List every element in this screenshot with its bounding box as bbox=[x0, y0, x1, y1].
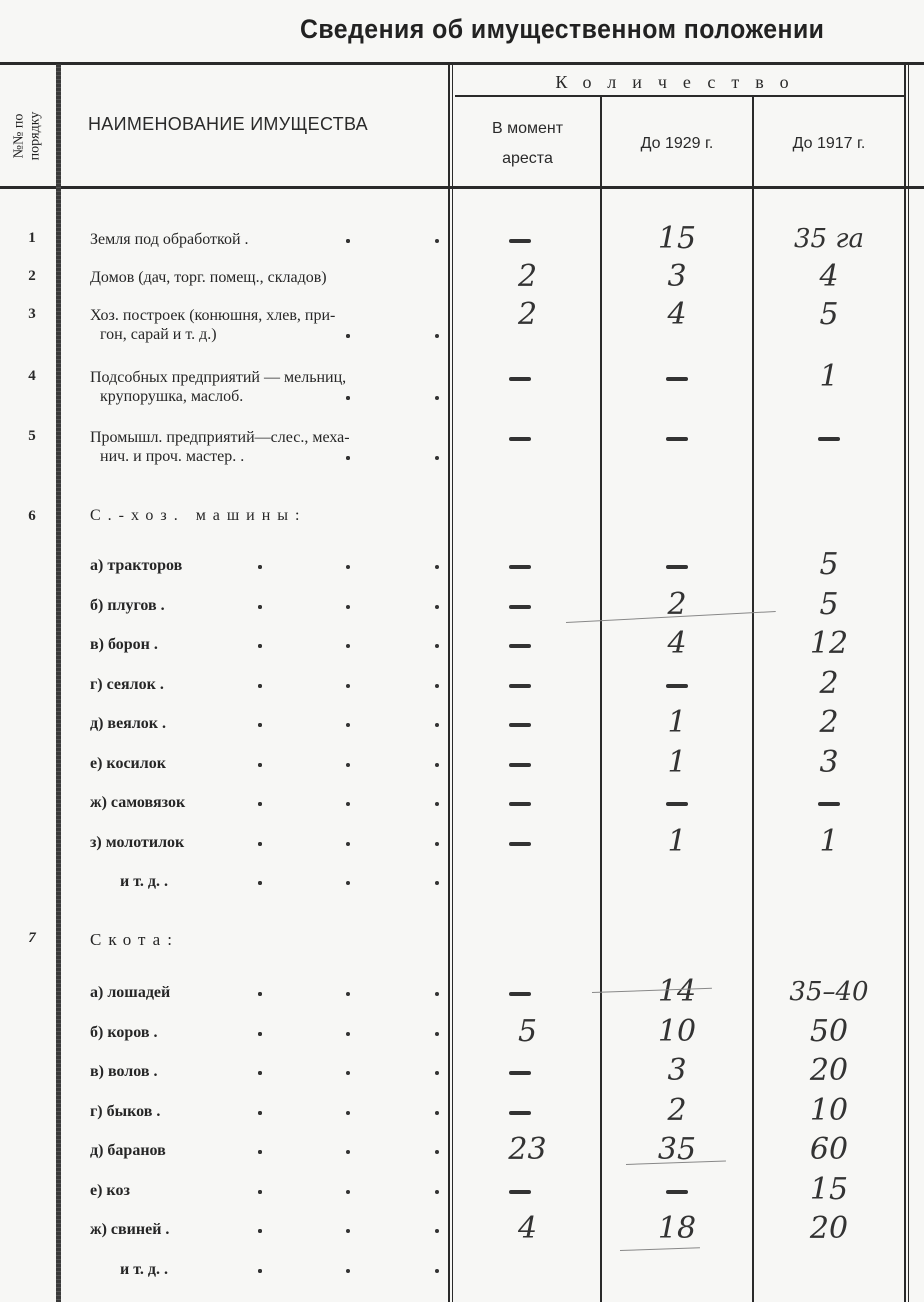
value-before-1929: 10 bbox=[602, 1017, 752, 1047]
value-before-1917: 5 bbox=[754, 590, 904, 620]
leader-dot bbox=[346, 881, 350, 885]
value-at-arrest-dash bbox=[509, 1190, 531, 1194]
value-before-1929-dash bbox=[666, 437, 688, 441]
leader-dots bbox=[90, 1141, 440, 1160]
row-number: 7 bbox=[22, 930, 42, 947]
leader-dot bbox=[435, 992, 439, 996]
leader-dots bbox=[90, 635, 440, 654]
pencil-underline bbox=[620, 1247, 700, 1251]
leader-dots bbox=[90, 714, 440, 733]
leader-dots bbox=[90, 230, 440, 249]
value-before-1917: 15 bbox=[754, 1175, 904, 1205]
value-before-1929-dash bbox=[666, 565, 688, 569]
value-before-1917: 12 bbox=[754, 629, 904, 659]
value-at-arrest: 2 bbox=[455, 300, 600, 330]
value-before-1929: 2 bbox=[602, 1096, 752, 1126]
leader-dot bbox=[346, 1190, 350, 1194]
leader-dot bbox=[435, 684, 439, 688]
row-number: 6 bbox=[22, 508, 42, 525]
value-before-1929: 2 bbox=[602, 590, 752, 620]
table-top-rule bbox=[0, 62, 924, 65]
value-at-arrest-dash bbox=[509, 802, 531, 806]
leader-dot bbox=[346, 723, 350, 727]
value-at-arrest-dash bbox=[509, 992, 531, 996]
section-heading-livestock: Скота: bbox=[90, 930, 440, 949]
leader-dot bbox=[258, 1071, 262, 1075]
value-at-arrest-dash bbox=[509, 684, 531, 688]
header-before-1929-label: До 1929 г. bbox=[641, 129, 714, 159]
leader-dot bbox=[346, 605, 350, 609]
leader-dot bbox=[258, 644, 262, 648]
header-number-line2: порядку bbox=[27, 112, 43, 161]
leader-dot bbox=[258, 684, 262, 688]
value-at-arrest: 23 bbox=[455, 1135, 600, 1165]
name-column-divider-2 bbox=[452, 64, 453, 1302]
row-label-text: Подсобных предприятий — мельниц, bbox=[90, 369, 346, 386]
leader-dot bbox=[346, 1269, 350, 1273]
leader-dots bbox=[90, 596, 440, 615]
leader-dot bbox=[346, 1229, 350, 1233]
leader-dots bbox=[90, 754, 440, 773]
right-border bbox=[904, 64, 906, 1302]
value-before-1917: 50 bbox=[754, 1017, 904, 1047]
leader-dot bbox=[435, 1229, 439, 1233]
leader-dot bbox=[258, 565, 262, 569]
value-before-1917: 20 bbox=[754, 1056, 904, 1086]
value-before-1917: 5 bbox=[754, 550, 904, 580]
leader-dots bbox=[90, 872, 440, 891]
right-border-2 bbox=[908, 64, 909, 1302]
leader-dot bbox=[346, 1111, 350, 1115]
leader-dot bbox=[435, 239, 439, 243]
leader-dot bbox=[258, 1229, 262, 1233]
leader-dot bbox=[435, 334, 439, 338]
leader-dot bbox=[435, 456, 439, 460]
value-before-1929: 15 bbox=[602, 224, 752, 254]
row-label-text: Хоз. построек (конюшня, хлев, при- bbox=[90, 307, 335, 324]
value-before-1917: 5 bbox=[754, 300, 904, 330]
value-before-1917: 10 bbox=[754, 1096, 904, 1126]
leader-dot bbox=[346, 763, 350, 767]
leader-dots bbox=[90, 1102, 440, 1121]
value-before-1917-dash bbox=[818, 437, 840, 441]
leader-dot bbox=[258, 842, 262, 846]
leader-dot bbox=[346, 456, 350, 460]
leader-dot bbox=[435, 1150, 439, 1154]
value-at-arrest: 2 bbox=[455, 262, 600, 292]
leader-dots bbox=[90, 556, 440, 575]
leader-dot bbox=[435, 881, 439, 885]
value-at-arrest-dash bbox=[509, 644, 531, 648]
leader-dots bbox=[90, 1181, 440, 1200]
leader-dot bbox=[435, 605, 439, 609]
leader-dot bbox=[435, 396, 439, 400]
leader-dot bbox=[346, 802, 350, 806]
value-before-1929: 3 bbox=[602, 1056, 752, 1086]
value-before-1929: 4 bbox=[602, 629, 752, 659]
number-column-divider bbox=[56, 64, 61, 1302]
leader-dot bbox=[346, 396, 350, 400]
header-name: НАИМЕНОВАНИЕ ИМУЩЕСТВА bbox=[88, 114, 368, 135]
row-number: 5 bbox=[22, 428, 42, 445]
value-at-arrest-dash bbox=[509, 437, 531, 441]
leader-dot bbox=[258, 802, 262, 806]
header-at-arrest-line1: В момент bbox=[492, 114, 563, 144]
value-before-1929: 1 bbox=[602, 748, 752, 778]
value-at-arrest-dash bbox=[509, 763, 531, 767]
row-number: 1 bbox=[22, 230, 42, 247]
value-before-1917: 2 bbox=[754, 708, 904, 738]
leader-dots bbox=[90, 1260, 440, 1279]
value-before-1929: 18 bbox=[602, 1214, 752, 1244]
value-before-1929: 1 bbox=[602, 827, 752, 857]
leader-dot bbox=[258, 605, 262, 609]
section-heading-machines: С.-хоз. машины: bbox=[90, 506, 440, 525]
leader-dots bbox=[90, 325, 440, 344]
header-number-line1: №№ по bbox=[11, 112, 27, 161]
leader-dot bbox=[258, 1150, 262, 1154]
row-label-text: Домов (дач, торг. помещ., складов) bbox=[90, 269, 327, 286]
leader-dot bbox=[258, 763, 262, 767]
value-at-arrest-dash bbox=[509, 565, 531, 569]
value-at-arrest: 5 bbox=[455, 1017, 600, 1047]
leader-dot bbox=[258, 1111, 262, 1115]
header-before-1917: До 1917 г. bbox=[754, 104, 904, 184]
leader-dot bbox=[435, 1032, 439, 1036]
document-title: Сведения об имущественном положении bbox=[300, 14, 824, 45]
leader-dots bbox=[90, 983, 440, 1002]
value-before-1929-dash bbox=[666, 377, 688, 381]
row-number: 4 bbox=[22, 368, 42, 385]
leader-dot bbox=[435, 565, 439, 569]
leader-dot bbox=[346, 842, 350, 846]
header-before-1917-label: До 1917 г. bbox=[793, 129, 866, 159]
leader-dot bbox=[435, 1190, 439, 1194]
leader-dot bbox=[435, 842, 439, 846]
leader-dot bbox=[346, 239, 350, 243]
value-before-1917: 3 bbox=[754, 748, 904, 778]
leader-dot bbox=[435, 644, 439, 648]
value-before-1917: 60 bbox=[754, 1135, 904, 1165]
value-at-arrest-dash bbox=[509, 239, 531, 243]
leader-dot bbox=[258, 1032, 262, 1036]
leader-dot bbox=[346, 334, 350, 338]
value-at-arrest: 4 bbox=[455, 1214, 600, 1244]
leader-dots bbox=[90, 447, 440, 466]
leader-dot bbox=[435, 723, 439, 727]
value-before-1917: 35 га bbox=[754, 224, 904, 254]
name-column-divider bbox=[448, 64, 450, 1302]
header-at-arrest-line2: ареста bbox=[492, 144, 563, 174]
leader-dot bbox=[435, 763, 439, 767]
value-before-1929: 14 bbox=[602, 977, 752, 1007]
leader-dot bbox=[258, 723, 262, 727]
row-label: Домов (дач, торг. помещ., складов) bbox=[90, 268, 440, 287]
value-at-arrest-dash bbox=[509, 605, 531, 609]
value-before-1929-dash bbox=[666, 1190, 688, 1194]
leader-dots bbox=[90, 675, 440, 694]
value-before-1929: 3 bbox=[602, 262, 752, 292]
leader-dots bbox=[90, 793, 440, 812]
value-before-1917: 20 bbox=[754, 1214, 904, 1244]
leader-dot bbox=[258, 1190, 262, 1194]
leader-dots bbox=[90, 1062, 440, 1081]
row-label-text: Промышл. предприятий—слес., меха- bbox=[90, 429, 350, 446]
value-at-arrest-dash bbox=[509, 1071, 531, 1075]
leader-dot bbox=[258, 992, 262, 996]
leader-dot bbox=[435, 1111, 439, 1115]
leader-dots bbox=[90, 1220, 440, 1239]
value-before-1929: 1 bbox=[602, 708, 752, 738]
value-before-1917: 1 bbox=[754, 827, 904, 857]
value-before-1929: 4 bbox=[602, 300, 752, 330]
value-before-1917: 2 bbox=[754, 669, 904, 699]
leader-dot bbox=[435, 802, 439, 806]
value-at-arrest-dash bbox=[509, 842, 531, 846]
leader-dot bbox=[346, 644, 350, 648]
value-before-1917-dash bbox=[818, 802, 840, 806]
row-number: 2 bbox=[22, 268, 42, 285]
leader-dot bbox=[435, 1071, 439, 1075]
value-before-1917: 4 bbox=[754, 262, 904, 292]
value-at-arrest-dash bbox=[509, 1111, 531, 1115]
value-at-arrest-dash bbox=[509, 377, 531, 381]
header-before-1929: До 1929 г. bbox=[602, 104, 752, 184]
value-at-arrest-dash bbox=[509, 723, 531, 727]
header-number: №№ по порядку bbox=[4, 88, 50, 184]
leader-dot bbox=[346, 684, 350, 688]
leader-dot bbox=[258, 1269, 262, 1273]
header-bottom-rule bbox=[0, 186, 924, 189]
row-number: 3 bbox=[22, 306, 42, 323]
leader-dot bbox=[346, 1150, 350, 1154]
leader-dot bbox=[435, 1269, 439, 1273]
quantity-subheader-rule bbox=[455, 95, 905, 97]
leader-dot bbox=[346, 1032, 350, 1036]
header-at-arrest: В моментареста bbox=[455, 104, 600, 184]
value-before-1917: 35–40 bbox=[754, 977, 904, 1007]
leader-dots bbox=[90, 387, 440, 406]
leader-dot bbox=[258, 881, 262, 885]
leader-dots bbox=[90, 1023, 440, 1042]
leader-dots bbox=[90, 833, 440, 852]
value-before-1929: 35 bbox=[602, 1135, 752, 1165]
leader-dot bbox=[346, 1071, 350, 1075]
leader-dot bbox=[346, 565, 350, 569]
value-before-1917: 1 bbox=[754, 362, 904, 392]
header-quantity: Количество bbox=[455, 72, 905, 93]
leader-dot bbox=[346, 992, 350, 996]
value-before-1929-dash bbox=[666, 684, 688, 688]
value-before-1929-dash bbox=[666, 802, 688, 806]
